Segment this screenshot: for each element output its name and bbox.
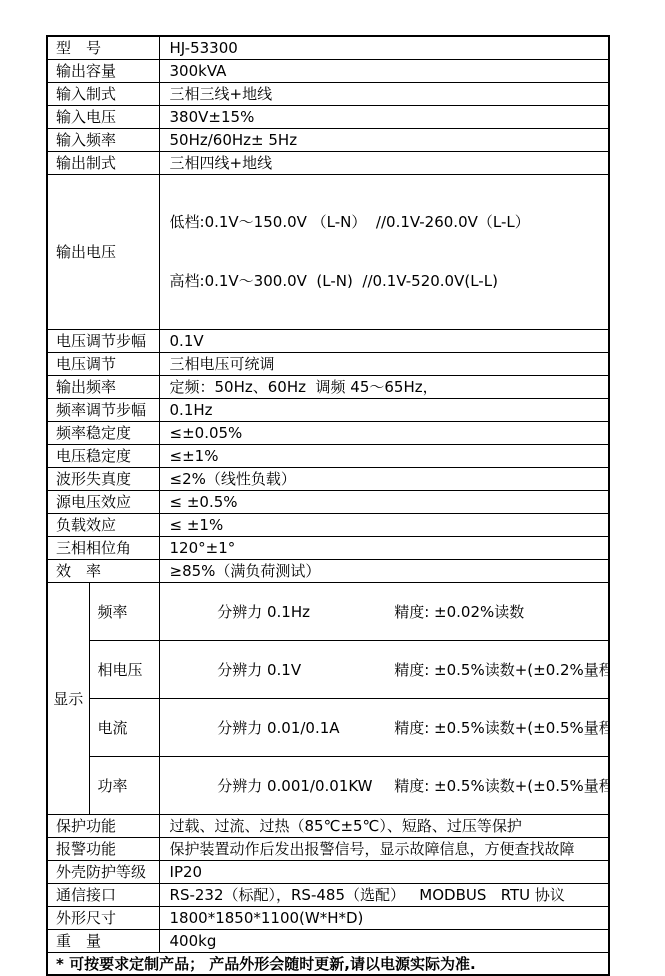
spec-value-input-voltage: 380V±15% [159, 105, 609, 128]
display-accuracy-frequency: 精度: ±0.02%读数 [394, 603, 524, 621]
spec-row-voltage-stability: 电压稳定度 ≤±1% [47, 444, 609, 467]
display-value-power: 分辨力 0.001/0.01KW精度: ±0.5%读数+(±0.5%量程) [159, 756, 609, 814]
spec-value-output-voltage: 低档:0.1V～150.0V （L-N） //0.1V-260.0V（L-L） … [159, 174, 609, 329]
spec-row-input-voltage: 输入电压 380V±15% [47, 105, 609, 128]
spec-row-input-system: 输入制式 三相三线+地线 [47, 82, 609, 105]
page: { "colors": { "background": "#ffffff", "… [0, 0, 665, 777]
display-accuracy-current: 精度: ±0.5%读数+(±0.5%量程) [394, 719, 609, 737]
spec-row-source-effect: 源电压效应 ≤ ±0.5% [47, 490, 609, 513]
spec-value-model: HJ-53300 [159, 36, 609, 59]
spec-value-enclosure-rating: IP20 [159, 860, 609, 883]
display-section-label: 显示 [47, 582, 89, 814]
spec-row-communication: 通信接口 RS-232（标配），RS-485（选配） MODBUS RTU 协议 [47, 883, 609, 906]
display-param-frequency: 频率 [89, 582, 159, 640]
spec-row-output-system: 输出制式 三相四线+地线 [47, 151, 609, 174]
spec-value-phase-angle: 120°±1° [159, 536, 609, 559]
footnote-row: * 可按要求定制产品； 产品外形会随时更新,请以电源实际为准. [47, 952, 609, 975]
spec-row-dimensions: 外形尺寸 1800*1850*1100(W*H*D) [47, 906, 609, 929]
spec-row-efficiency: 效 率 ≥85%（满负荷测试） [47, 559, 609, 582]
spec-label-voltage-step: 电压调节步幅 [47, 329, 159, 352]
spec-value-alarm: 保护装置动作后发出报警信号，显示故障信息，方便查找故障 [159, 837, 609, 860]
display-param-current: 电流 [89, 698, 159, 756]
display-accuracy-power: 精度: ±0.5%读数+(±0.5%量程) [394, 777, 609, 795]
display-value-phase-voltage: 分辨力 0.1V精度: ±0.5%读数+(±0.2%量程) [159, 640, 609, 698]
spec-row-frequency-stability: 频率稳定度 ≤±0.05% [47, 421, 609, 444]
spec-label-protection: 保护功能 [47, 814, 159, 837]
spec-label-input-system: 输入制式 [47, 82, 159, 105]
display-resolution-frequency: 分辨力 0.1Hz [217, 601, 394, 622]
display-resolution-phase-voltage: 分辨力 0.1V [217, 659, 394, 680]
display-accuracy-phase-voltage: 精度: ±0.5%读数+(±0.2%量程) [394, 661, 609, 679]
spec-label-phase-angle: 三相相位角 [47, 536, 159, 559]
spec-value-input-frequency: 50Hz/60Hz± 5Hz [159, 128, 609, 151]
spec-value-dimensions: 1800*1850*1100(W*H*D) [159, 906, 609, 929]
spec-value-protection: 过载、过流、过热（85℃±5℃）、短路、过压等保护 [159, 814, 609, 837]
spec-label-voltage-stability: 电压稳定度 [47, 444, 159, 467]
spec-row-output-capacity: 输出容量 300kVA [47, 59, 609, 82]
spec-value-voltage-stability: ≤±1% [159, 444, 609, 467]
display-row-current: 电流 分辨力 0.01/0.1A精度: ±0.5%读数+(±0.5%量程) [47, 698, 609, 756]
spec-label-model: 型 号 [47, 36, 159, 59]
spec-label-enclosure-rating: 外壳防护等级 [47, 860, 159, 883]
footnote-text: * 可按要求定制产品； 产品外形会随时更新,请以电源实际为准. [47, 952, 609, 975]
spec-label-efficiency: 效 率 [47, 559, 159, 582]
spec-label-output-frequency: 输出频率 [47, 375, 159, 398]
display-param-power: 功率 [89, 756, 159, 814]
spec-label-output-capacity: 输出容量 [47, 59, 159, 82]
spec-label-frequency-stability: 频率稳定度 [47, 421, 159, 444]
display-value-current: 分辨力 0.01/0.1A精度: ±0.5%读数+(±0.5%量程) [159, 698, 609, 756]
spec-label-weight: 重 量 [47, 929, 159, 952]
spec-value-efficiency: ≥85%（满负荷测试） [159, 559, 609, 582]
spec-value-waveform-distortion: ≤2%（线性负载） [159, 467, 609, 490]
spec-label-alarm: 报警功能 [47, 837, 159, 860]
spec-label-voltage-adjust: 电压调节 [47, 352, 159, 375]
spec-label-frequency-step: 频率调节步幅 [47, 398, 159, 421]
spec-row-output-voltage: 输出电压 低档:0.1V～150.0V （L-N） //0.1V-260.0V（… [47, 174, 609, 329]
spec-value-frequency-stability: ≤±0.05% [159, 421, 609, 444]
spec-table-container: 型 号 HJ-53300 输出容量 300kVA 输入制式 三相三线+地线 输入… [46, 35, 610, 976]
spec-value-voltage-step: 0.1V [159, 329, 609, 352]
spec-label-source-effect: 源电压效应 [47, 490, 159, 513]
spec-value-frequency-step: 0.1Hz [159, 398, 609, 421]
spec-label-output-voltage: 输出电压 [47, 174, 159, 329]
output-voltage-low-range: 低档:0.1V～150.0V （L-N） //0.1V-260.0V（L-L） [170, 211, 609, 234]
spec-value-communication: RS-232（标配），RS-485（选配） MODBUS RTU 协议 [159, 883, 609, 906]
display-row-power: 功率 分辨力 0.001/0.01KW精度: ±0.5%读数+(±0.5%量程) [47, 756, 609, 814]
specification-table: 型 号 HJ-53300 输出容量 300kVA 输入制式 三相三线+地线 输入… [46, 35, 610, 976]
spec-label-waveform-distortion: 波形失真度 [47, 467, 159, 490]
spec-row-alarm: 报警功能 保护装置动作后发出报警信号，显示故障信息，方便查找故障 [47, 837, 609, 860]
spec-row-output-frequency: 输出频率 定频：50Hz、60Hz 调频 45～65Hz， [47, 375, 609, 398]
display-row-phase-voltage: 相电压 分辨力 0.1V精度: ±0.5%读数+(±0.2%量程) [47, 640, 609, 698]
spec-row-enclosure-rating: 外壳防护等级 IP20 [47, 860, 609, 883]
display-resolution-current: 分辨力 0.01/0.1A [217, 717, 394, 738]
spec-label-communication: 通信接口 [47, 883, 159, 906]
spec-row-protection: 保护功能 过载、过流、过热（85℃±5℃）、短路、过压等保护 [47, 814, 609, 837]
spec-row-phase-angle: 三相相位角 120°±1° [47, 536, 609, 559]
display-param-phase-voltage: 相电压 [89, 640, 159, 698]
spec-label-dimensions: 外形尺寸 [47, 906, 159, 929]
spec-label-input-voltage: 输入电压 [47, 105, 159, 128]
spec-value-output-capacity: 300kVA [159, 59, 609, 82]
spec-value-load-effect: ≤ ±1% [159, 513, 609, 536]
spec-row-voltage-adjust: 电压调节 三相电压可统调 [47, 352, 609, 375]
spec-row-voltage-step: 电压调节步幅 0.1V [47, 329, 609, 352]
spec-row-load-effect: 负载效应 ≤ ±1% [47, 513, 609, 536]
spec-row-frequency-step: 频率调节步幅 0.1Hz [47, 398, 609, 421]
display-resolution-power: 分辨力 0.001/0.01KW [217, 775, 394, 796]
spec-row-waveform-distortion: 波形失真度 ≤2%（线性负载） [47, 467, 609, 490]
display-value-frequency: 分辨力 0.1Hz精度: ±0.02%读数 [159, 582, 609, 640]
output-voltage-high-range: 高档:0.1V～300.0V (L-N) //0.1V-520.0V(L-L) [170, 270, 609, 293]
spec-label-output-system: 输出制式 [47, 151, 159, 174]
spec-label-load-effect: 负载效应 [47, 513, 159, 536]
spec-row-weight: 重 量 400kg [47, 929, 609, 952]
spec-value-source-effect: ≤ ±0.5% [159, 490, 609, 513]
display-row-frequency: 显示 频率 分辨力 0.1Hz精度: ±0.02%读数 [47, 582, 609, 640]
spec-row-input-frequency: 输入频率 50Hz/60Hz± 5Hz [47, 128, 609, 151]
spec-value-output-system: 三相四线+地线 [159, 151, 609, 174]
spec-value-voltage-adjust: 三相电压可统调 [159, 352, 609, 375]
spec-row-model: 型 号 HJ-53300 [47, 36, 609, 59]
spec-value-input-system: 三相三线+地线 [159, 82, 609, 105]
spec-value-weight: 400kg [159, 929, 609, 952]
spec-value-output-frequency: 定频：50Hz、60Hz 调频 45～65Hz， [159, 375, 609, 398]
spec-label-input-frequency: 输入频率 [47, 128, 159, 151]
